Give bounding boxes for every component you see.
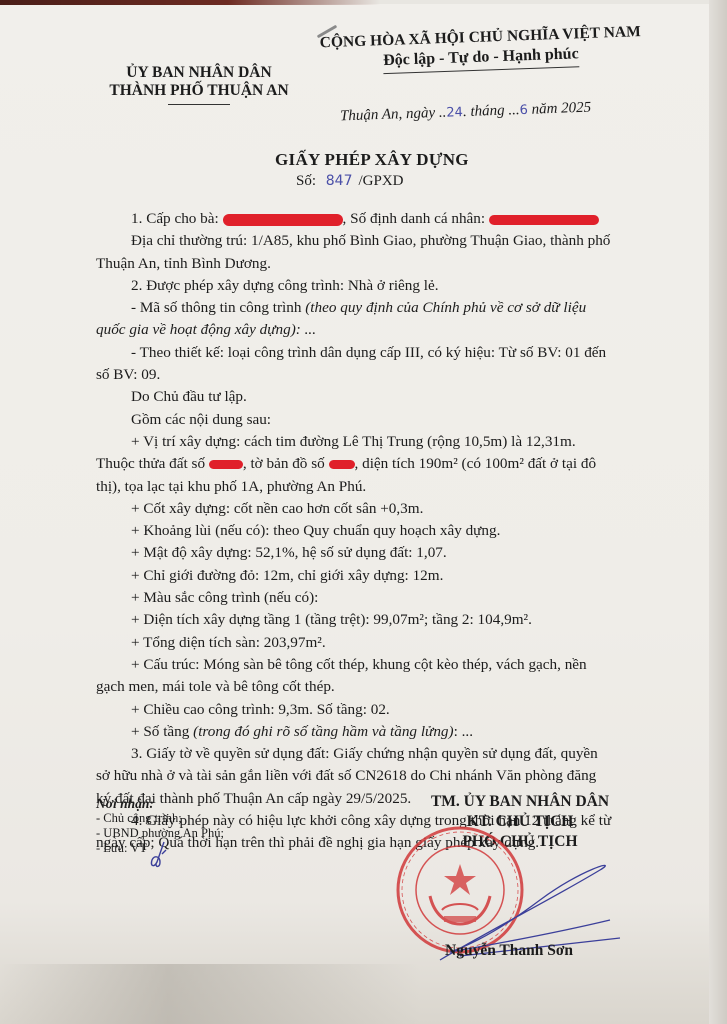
body-line: Thuộc thửa đất số , tờ bản đồ số , diện …	[96, 453, 671, 475]
signer-name: Nguyễn Thanh Sơn	[445, 942, 573, 960]
initial-mark-icon	[148, 840, 170, 870]
body-line: + Cốt xây dựng: cốt nền cao hơn cốt sân …	[96, 498, 671, 520]
body-line: + Khoảng lùi (nếu có): theo Quy chuẩn qu…	[96, 520, 671, 542]
body-line: + Mật độ xây dựng: 52,1%, hệ số sử dụng …	[96, 542, 671, 564]
body-line: thị), tọa lạc tại khu phố 1A, phường An …	[96, 476, 671, 498]
body-line: + Số tầng (trong đó ghi rõ số tầng hầm v…	[96, 721, 671, 743]
authority-line-2: THÀNH PHỐ THUẬN AN	[104, 82, 294, 100]
recipient-item: - Chủ công trình;	[96, 811, 224, 826]
body-line: 1. Cấp cho bà: , Số định danh cá nhân:	[96, 208, 671, 230]
body-line: số BV: 09.	[96, 364, 671, 386]
month-prefix: . tháng ...	[463, 102, 520, 120]
authority-line-1: ỦY BAN NHÂN DÂN	[104, 64, 294, 82]
page-edge-shadow	[709, 0, 727, 1024]
page-bottom-shadow	[0, 964, 420, 1024]
sign-line-1: TM. ỦY BAN NHÂN DÂN	[400, 792, 640, 812]
body-line: Thuận An, tỉnh Bình Dương.	[96, 253, 671, 275]
recipients-heading: Nơi nhận:	[96, 796, 224, 811]
body-line: + Cấu trúc: Móng sàn bê tông cốt thép, k…	[96, 654, 671, 676]
body-line: + Tổng diện tích sàn: 203,97m².	[96, 632, 671, 654]
redaction-mark	[209, 460, 243, 469]
body-line: + Màu sắc công trình (nếu có):	[96, 587, 671, 609]
issuing-authority: ỦY BAN NHÂN DÂN THÀNH PHỐ THUẬN AN	[104, 64, 294, 105]
redaction-mark	[223, 214, 343, 226]
redaction-mark	[329, 460, 355, 469]
body-line: - Mã số thông tin công trình (theo quy đ…	[96, 297, 671, 319]
date-prefix: Thuận An, ngày ..	[340, 105, 447, 125]
body-line: + Chiều cao công trình: 9,3m. Số tầng: 0…	[96, 699, 671, 721]
number-suffix: /GPXD	[359, 173, 404, 189]
body-line: sở hữu nhà ở và tài sản gắn liền với đất…	[96, 765, 671, 787]
number-handwritten: 847	[326, 173, 353, 189]
body-line: Do Chủ đầu tư lập.	[96, 386, 671, 408]
body-line: gạch men, mái tole và bê tông cốt thép.	[96, 676, 671, 698]
body-line: + Chỉ giới đường đỏ: 12m, chỉ giới xây d…	[96, 565, 671, 587]
body-line: Địa chỉ thường trú: 1/A85, khu phố Bình …	[96, 230, 671, 252]
body-line: + Vị trí xây dựng: cách tim đường Lê Thị…	[96, 431, 671, 453]
body-line: Gồm các nội dung sau:	[96, 409, 671, 431]
body-line: + Diện tích xây dựng tầng 1 (tầng trệt):…	[96, 609, 671, 631]
body-line: quốc gia về hoạt động xây dựng): ...	[96, 319, 671, 341]
permit-body: 1. Cấp cho bà: , Số định danh cá nhân: Đ…	[96, 208, 671, 855]
permit-number: Số: 847/GPXD	[296, 173, 404, 190]
day-handwritten: 24	[446, 105, 463, 121]
number-label: Số:	[296, 173, 316, 189]
body-line: 3. Giấy tờ về quyền sử dụng đất: Giấy ch…	[96, 743, 671, 765]
recipient-item: - UBND phường An Phú;	[96, 826, 224, 841]
year: năm 2025	[528, 100, 592, 118]
body-line: 2. Được phép xây dựng công trình: Nhà ở …	[96, 275, 671, 297]
desk-edge	[0, 0, 380, 5]
body-line: - Theo thiết kế: loại công trình dân dụn…	[96, 342, 671, 364]
redaction-mark	[489, 215, 599, 225]
document-title: GIẤY PHÉP XÂY DỰNG	[275, 150, 469, 170]
authority-underline	[168, 104, 230, 105]
